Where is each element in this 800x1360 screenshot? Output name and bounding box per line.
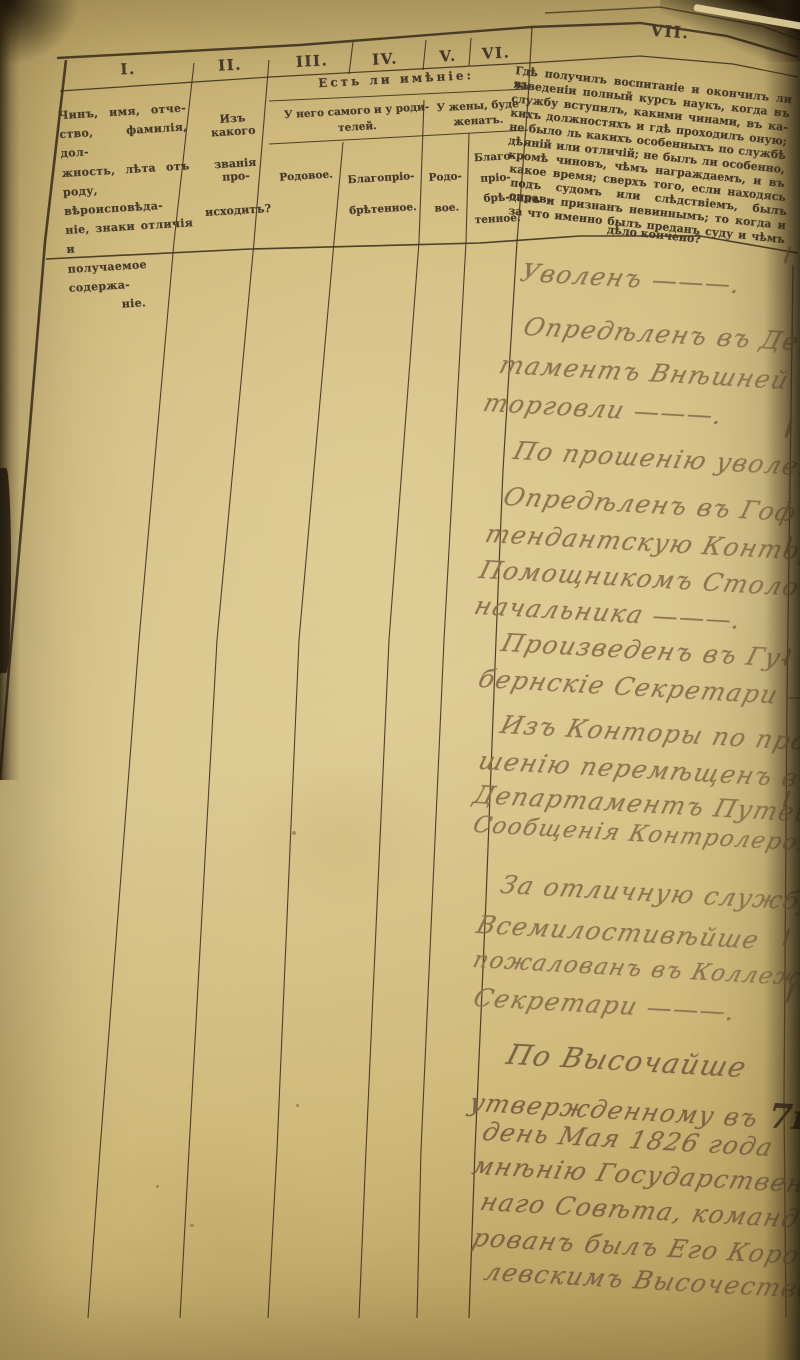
- header-line: вое.: [426, 192, 468, 225]
- header-line: Благопріо-: [342, 161, 420, 197]
- ink-speck: [190, 1224, 194, 1227]
- column4-label: Благопріо- брѣтенное.: [342, 161, 422, 228]
- scanned-document-page: I. II. III. IV. V. VI. VII. Чинъ, имя, о…: [0, 0, 800, 1360]
- column-numeral-1: I.: [98, 58, 159, 79]
- column-numeral-6: VI.: [474, 43, 519, 63]
- column-numeral-2: II.: [202, 55, 259, 76]
- ink-speck: [296, 1104, 299, 1107]
- header-line: Изъ какого: [196, 110, 269, 140]
- column-numeral-4: IV.: [362, 49, 409, 69]
- ink-speck: [292, 831, 296, 835]
- ink-speck: [156, 1185, 159, 1188]
- column-numeral-3: III.: [288, 51, 337, 71]
- header-line: Родо-: [424, 161, 466, 194]
- header-line: званія про-: [199, 155, 272, 185]
- column-numeral-5: V.: [430, 46, 467, 66]
- header-line: брѣтенное.: [344, 192, 422, 228]
- column1-header: Чинъ, имя, отче- ство, фамилія, дол- жно…: [58, 98, 199, 317]
- column5-label: Родо- вое.: [424, 161, 467, 225]
